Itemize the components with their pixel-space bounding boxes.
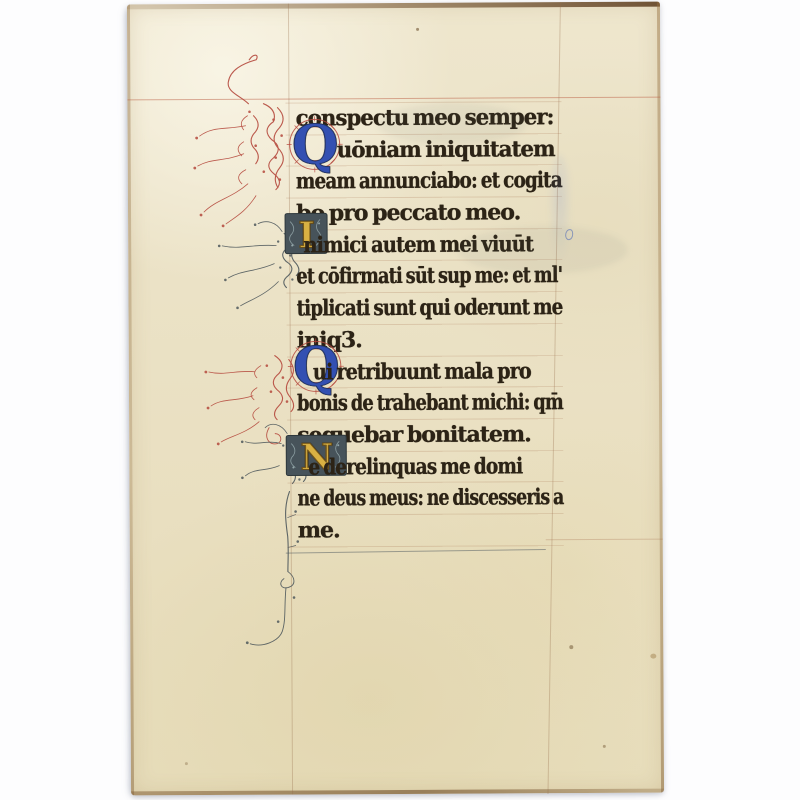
blue-ink-mark [565,229,573,240]
line-text: bo pro peccato meo. [296,197,520,230]
manuscript-text-block: conspectu meo semper: Q uōniam iniquitat… [285,101,563,547]
initial-spacer: I [286,230,303,231]
line-text: ui retribuunt mala pro [312,356,530,389]
stain-speck [416,28,419,31]
leaf-edge-top [127,2,660,10]
line-text: tiplicati sunt qui oderunt me [296,292,562,325]
manuscript-line: me. [288,514,564,547]
line-text: e derelinquas me domi [309,451,523,484]
stain-speck [650,654,656,659]
line-text: meam annunciabo: et cogita [296,166,562,199]
penwork-baseline-rule [286,549,546,554]
initial-spacer: Q [287,357,313,358]
initial-spacer: Q [286,135,337,136]
manuscript-line: ne deus meus: ne discesseris a [287,482,563,515]
manuscript-line: bonis de trahebant michi: qm̄ [287,387,563,420]
line-text: me. [298,515,340,547]
manuscript-line: Q ui retribuunt mala pro [287,356,563,389]
line-text: ne deus meus: ne discesseris a [297,482,563,515]
ruling-line-horizontal [127,97,660,101]
stain-speck [603,745,606,748]
manuscript-line: I nimici autem mei viuūt [286,229,562,262]
manuscript-line: meam annunciabo: et cogita [286,166,562,199]
leaf-edge-left [127,4,134,795]
line-text: nimici autem mei viuūt [303,229,533,262]
leaf-edge-right [657,2,664,793]
stain-speck [185,762,188,765]
line-text: bonis de trahebant michi: qm̄ [297,387,563,420]
leaf-edge-bottom [131,789,664,796]
line-text: uōniam iniquitatem [337,134,555,167]
line-text: et cōfirmati sūt sup me: et ml' [296,261,562,294]
manuscript-line: tiplicati sunt qui oderunt me [286,292,562,325]
photo-background: conspectu meo semper: Q uōniam iniquitat… [0,0,800,800]
parchment-leaf: conspectu meo semper: Q uōniam iniquitat… [127,2,664,796]
manuscript-line: et cōfirmati sūt sup me: et ml' [286,261,562,294]
initial-spacer: N [287,452,308,453]
manuscript-line: N e derelinquas me domi [287,451,563,484]
stain-speck [569,645,573,649]
manuscript-line: Q uōniam iniquitatem [286,134,562,167]
